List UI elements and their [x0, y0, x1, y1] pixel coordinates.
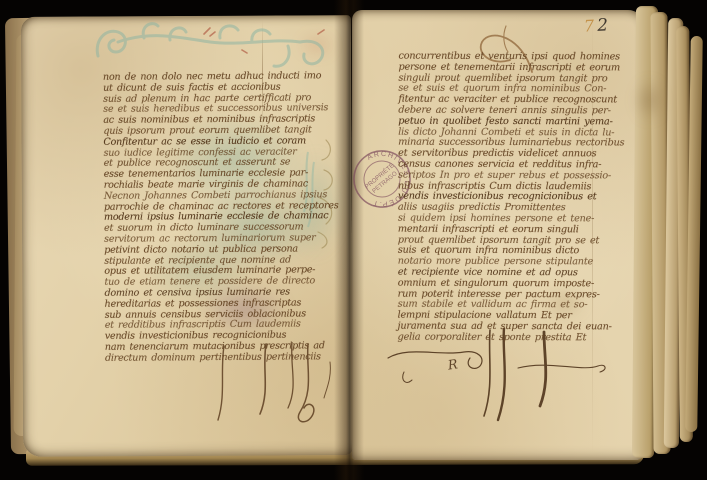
book-gutter-shadow — [334, 0, 364, 480]
manuscript-text-line: non de non dolo nec metu adhuc inducti i… — [103, 71, 333, 83]
manuscript-text-line: se et suis heredibus et successoribus un… — [103, 104, 333, 116]
manuscript-text-line: servitorum ac rectorum luminariorum supe… — [104, 233, 334, 245]
manuscript-text-line: lempni stipulacione vallatum Et per — [398, 311, 626, 323]
folio-number: 72 — [583, 15, 608, 36]
manuscript-text-line: parrochie de chaminac ac rectores et rec… — [104, 201, 334, 213]
folio-digit-dark: 2 — [597, 15, 609, 36]
manuscript-text-line: et servitoribus predictis videlicet annu… — [398, 149, 626, 161]
manuscript-text-line: vendis investicionibus recognicionibus — [105, 330, 335, 342]
parchment-stain — [636, 80, 662, 120]
manuscript-text-line: hereditarias et possessiones infrascript… — [104, 298, 334, 310]
manuscript-text-line: omnium et singulorum quorum imposte- — [398, 278, 626, 290]
manuscript-text-line: concurrentibus et venturis ipsi quod hom… — [398, 52, 626, 64]
manuscript-text-line: nibus infrascriptis Cum dictis laudemiis — [398, 181, 626, 193]
left-page-text-column: non de non dolo nec metu adhuc inducti i… — [103, 71, 335, 364]
manuscript-text-line: gelia corporaliter et sponte prestita Et — [397, 332, 625, 344]
folio-digit-faded: 7 — [583, 16, 594, 36]
parchment-stain — [300, 34, 334, 56]
manuscript-text-line: esse tenementarios luminarie ecclesie pa… — [104, 168, 334, 180]
manuscript-text-line: si quidem ipsi homines persone et tene- — [398, 214, 626, 226]
manuscript-photo: R ARCHIVES DU DÉP.T PROPRIÉTÉ PETRAGO 72… — [0, 0, 707, 480]
right-page-text-column: concurrentibus et venturis ipsi quod hom… — [397, 52, 626, 344]
manuscript-text-line: directum dominum pertinentibus pertinenc… — [105, 352, 335, 364]
manuscript-text-line: se et suis et quorum infra nominibus Con… — [398, 84, 626, 96]
